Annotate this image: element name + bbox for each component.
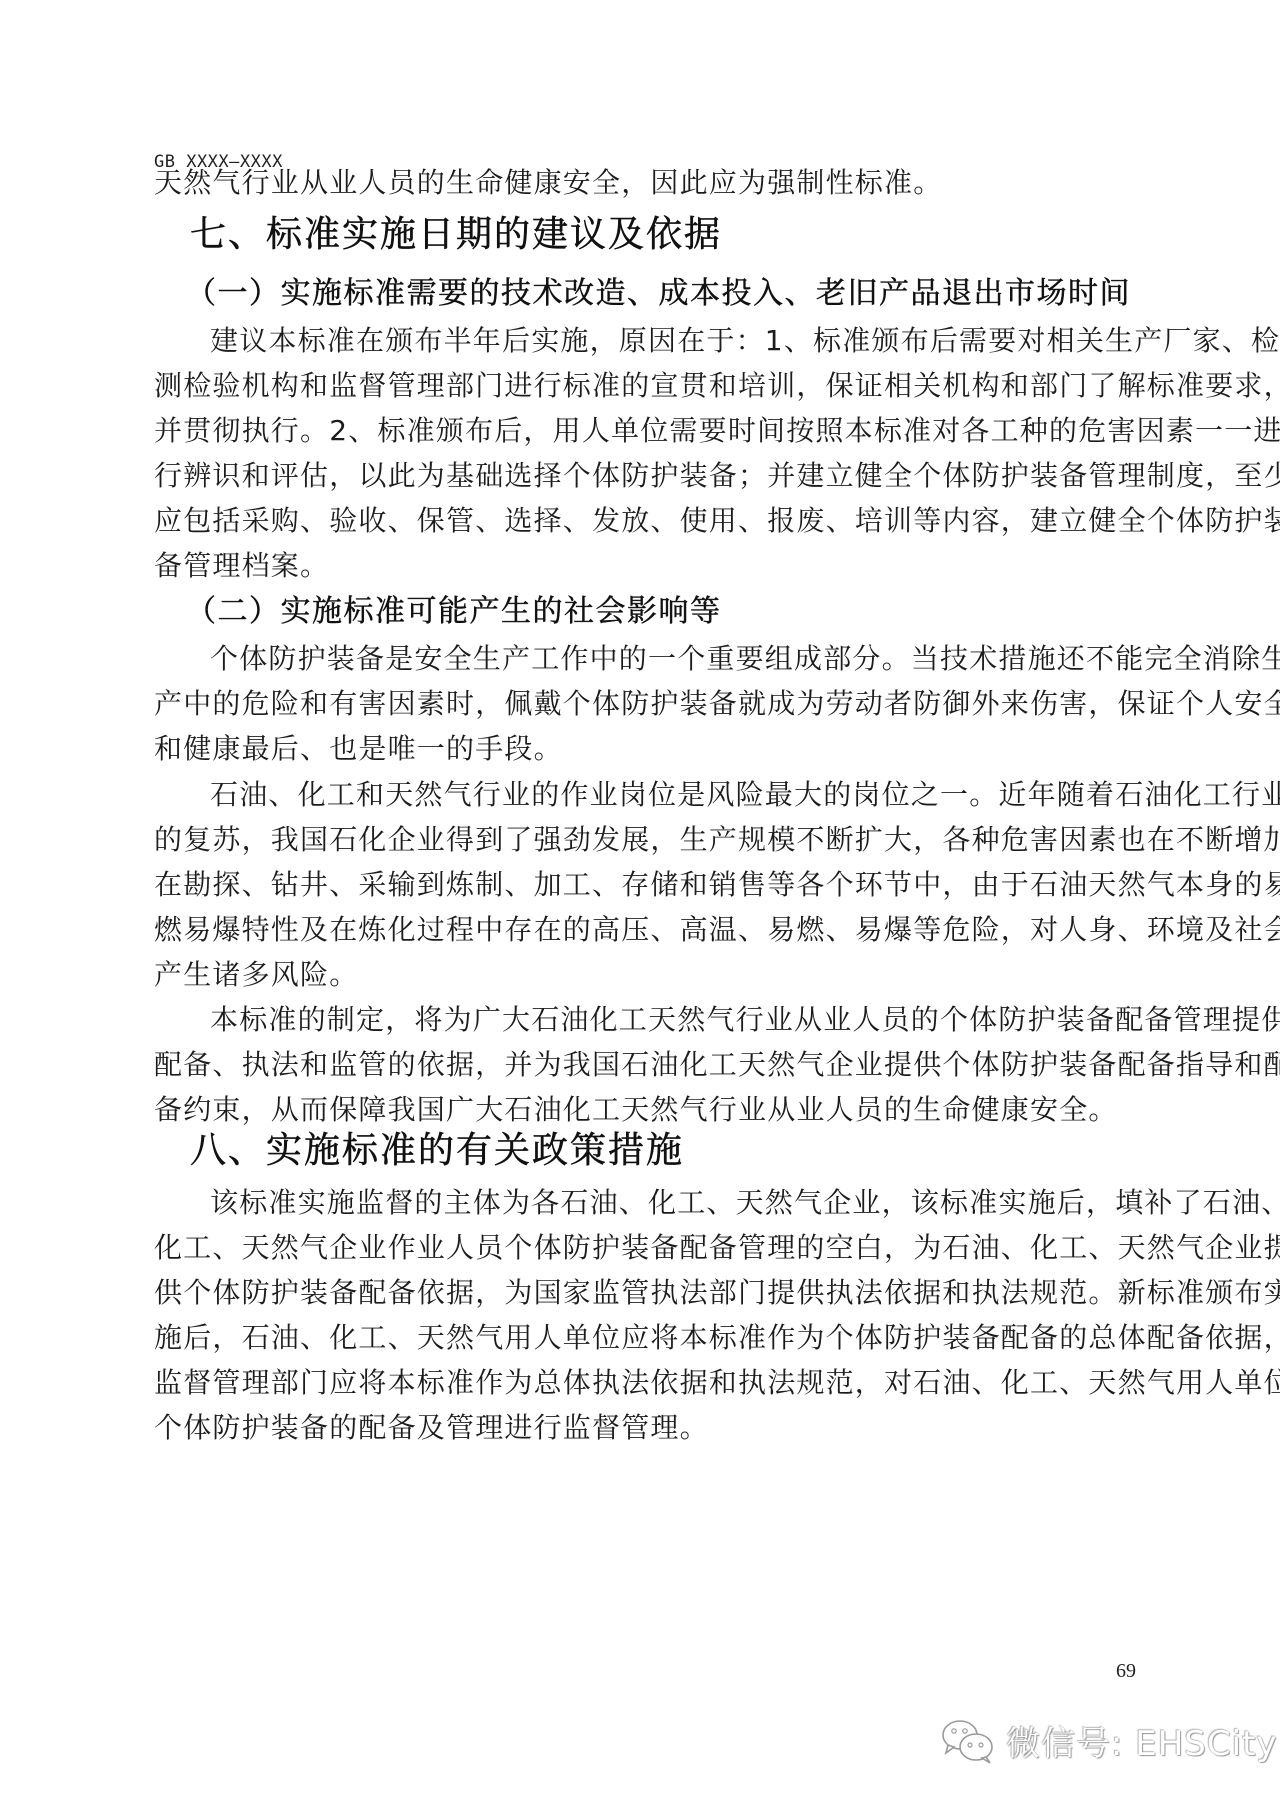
watermark-text: 微信号: EHSCity xyxy=(1006,1716,1278,1765)
subsection-7-1-paragraph: 建议本标准在颁布半年后实施，原因在于：1、标准颁布后需要对相关生产厂家、检 测检… xyxy=(154,318,1152,588)
subsection-7-2-paragraph-1: 个体防护装备是安全生产工作中的一个重要组成部分。当技术措施还不能完全消除生 产中… xyxy=(154,636,1152,771)
text-line: 天然气行业从业人员的生命健康安全，因此应为强制性标准。 xyxy=(154,160,1152,205)
text-line: 供个体防护装备配备依据，为国家监管执法部门提供执法依据和执法规范。新标准颁布实 xyxy=(154,1270,1152,1315)
text-line: 和健康最后、也是唯一的手段。 xyxy=(154,726,1152,771)
text-line: 建议本标准在颁布半年后实施，原因在于：1、标准颁布后需要对相关生产厂家、检 xyxy=(154,318,1152,363)
text-line: 个体防护装备是安全生产工作中的一个重要组成部分。当技术措施还不能完全消除生 xyxy=(154,636,1152,681)
wechat-watermark: 微信号: EHSCity xyxy=(940,1716,1278,1765)
text-line: 应包括采购、验收、保管、选择、发放、使用、报废、培训等内容，建立健全个体防护装 xyxy=(154,498,1152,543)
document-page: GB XXXX—XXXX 天然气行业从业人员的生命健康安全，因此应为强制性标准。… xyxy=(0,0,1280,1810)
page-number: 69 xyxy=(1116,1660,1136,1683)
text-line: 监督管理部门应将本标准作为总体执法依据和执法规范，对石油、化工、天然气用人单位 xyxy=(154,1360,1152,1405)
text-line: 产中的危险和有害因素时，佩戴个体防护装备就成为劳动者防御外来伤害，保证个人安全 xyxy=(154,681,1152,726)
section-8-heading: 八、实施标准的有关政策措施 xyxy=(190,1122,684,1173)
section-8-paragraph: 该标准实施监督的主体为各石油、化工、天然气企业，该标准实施后，填补了石油、 化工… xyxy=(154,1180,1152,1450)
text-line: 该标准实施监督的主体为各石油、化工、天然气企业，该标准实施后，填补了石油、 xyxy=(154,1180,1152,1225)
text-line: 的复苏，我国石化企业得到了强劲发展，生产规模不断扩大，各种危害因素也在不断增加， xyxy=(154,817,1152,862)
text-line: 燃易爆特性及在炼化过程中存在的高压、高温、易燃、易爆等危险，对人身、环境及社会 xyxy=(154,907,1152,952)
text-line: 个体防护装备的配备及管理进行监督管理。 xyxy=(154,1405,1152,1450)
text-line: 测检验机构和监督管理部门进行标准的宣贯和培训，保证相关机构和部门了解标准要求， xyxy=(154,363,1152,408)
text-line: 本标准的制定，将为广大石油化工天然气行业从业人员的个体防护装备配备管理提供 xyxy=(154,997,1152,1042)
text-line: 施后，石油、化工、天然气用人单位应将本标准作为个体防护装备配备的总体配备依据， xyxy=(154,1315,1152,1360)
continuation-paragraph: 天然气行业从业人员的生命健康安全，因此应为强制性标准。 xyxy=(154,160,1152,205)
text-line: 在勘探、钻井、采输到炼制、加工、存储和销售等各个环节中，由于石油天然气本身的易 xyxy=(154,862,1152,907)
subsection-7-2-paragraph-3: 本标准的制定，将为广大石油化工天然气行业从业人员的个体防护装备配备管理提供 配备… xyxy=(154,997,1152,1132)
subsection-7-2-paragraph-2: 石油、化工和天然气行业的作业岗位是风险最大的岗位之一。近年随着石油化工行业 的复… xyxy=(154,772,1152,997)
text-line: 备管理档案。 xyxy=(154,543,1152,588)
text-line: 配备、执法和监管的依据，并为我国石油化工天然气企业提供个体防护装备配备指导和配 xyxy=(154,1042,1152,1087)
subsection-7-2-heading: （二）实施标准可能产生的社会影响等 xyxy=(186,586,722,630)
section-7-heading: 七、标准实施日期的建议及依据 xyxy=(190,206,722,257)
wechat-icon xyxy=(940,1717,996,1765)
subsection-7-1-heading: （一）实施标准需要的技术改造、成本投入、老旧产品退出市场时间 xyxy=(186,268,1131,312)
text-line: 并贯彻执行。2、标准颁布后，用人单位需要时间按照本标准对各工种的危害因素一一进 xyxy=(154,408,1152,453)
text-line: 化工、天然气企业作业人员个体防护装备配备管理的空白，为石油、化工、天然气企业提 xyxy=(154,1225,1152,1270)
text-line: 石油、化工和天然气行业的作业岗位是风险最大的岗位之一。近年随着石油化工行业 xyxy=(154,772,1152,817)
text-line: 行辨识和评估，以此为基础选择个体防护装备；并建立健全个体防护装备管理制度，至少 xyxy=(154,453,1152,498)
text-line: 产生诸多风险。 xyxy=(154,952,1152,997)
